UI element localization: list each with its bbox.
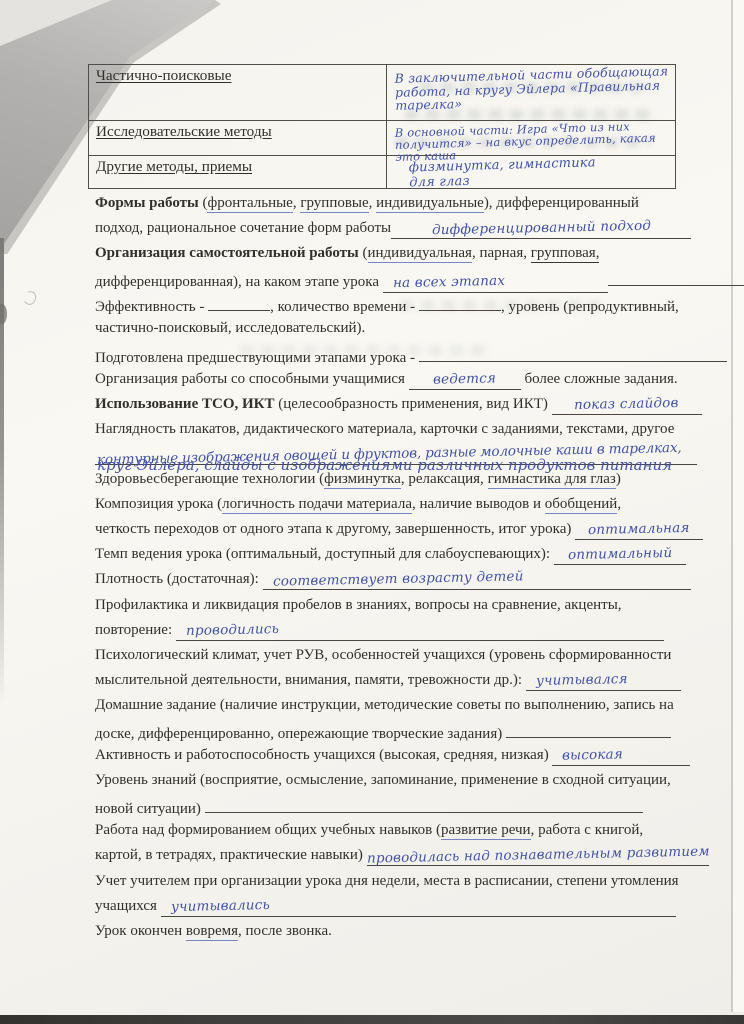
blank-fill-line <box>608 266 744 286</box>
printed-text: Использование ТСО, ИКТ <box>95 396 275 412</box>
form-line: Композиция урока (логичность подачи мате… <box>95 492 720 517</box>
handwritten-entry: дифференцированный подход <box>391 219 691 239</box>
handwritten-entry: ведется <box>409 370 521 390</box>
form-line: Работа над формированием общих учебных н… <box>95 818 720 843</box>
blank-fill-line <box>419 291 501 311</box>
printed-text: фронтальные <box>207 195 292 213</box>
printed-text: Профилактика и ликвидация пробелов в зна… <box>95 597 622 613</box>
handwritten-entry: соответствует возрасту детей <box>263 570 691 590</box>
method-value-cell: В заключительной части обобщающая работа… <box>387 65 675 120</box>
handwritten-text: на всех этапах <box>393 272 505 293</box>
printed-text: развитие речи <box>441 822 531 840</box>
printed-text: Активность и работоспособность учащихся … <box>95 747 552 763</box>
printed-text: Психологический климат, учет РУВ, особен… <box>95 647 671 663</box>
form-line: Подготовлена предшествующими этапами уро… <box>95 342 720 367</box>
handwritten-text: проводились <box>186 620 279 641</box>
methods-table: Частично-поисковыеВ заключительной части… <box>88 64 676 189</box>
handwritten-text: дифференцированный подход <box>431 217 650 241</box>
printed-text: Организация самостоятельной работы <box>95 245 359 261</box>
bottom-scan-edge <box>0 1015 744 1024</box>
method-label: Частично-поисковые <box>89 65 387 120</box>
handwritten-entry: показ слайдов <box>552 395 702 415</box>
printed-text: четкость переходов от одного этапа к дру… <box>95 521 575 537</box>
method-value-cell: В основной части: Игра «Что из них получ… <box>387 121 675 155</box>
printed-text: Урок окончен <box>95 923 186 939</box>
table-row: Другие методы, приемыфизминутка, гимнаст… <box>89 155 675 188</box>
form-line: доске, дифференцированно, опережающие тв… <box>95 718 720 743</box>
form-line: Профилактика и ликвидация пробелов в зна… <box>95 593 720 618</box>
printed-text: Уровень знаний (восприятие, осмысление, … <box>95 772 671 788</box>
handwritten-entry: учитывались <box>161 897 676 917</box>
printed-text: картой, в тетрадях, практические навыки) <box>95 847 367 863</box>
handwritten-text: учитывались <box>170 896 269 917</box>
handwritten-text: оптимальный <box>567 544 672 565</box>
form-line: новой ситуации) <box>95 793 720 818</box>
form-line: Использование ТСО, ИКТ (целесообразность… <box>95 392 720 417</box>
table-row: Исследовательские методыВ основной части… <box>89 120 675 155</box>
printed-text: Домашние задание (наличие инструкции, ме… <box>95 697 674 713</box>
printed-text: групповая, <box>531 245 600 263</box>
printed-text: групповые <box>300 195 368 213</box>
form-line: мыслительной деятельности, внимания, пам… <box>95 668 720 693</box>
form-line: Организация работы со способными учащими… <box>95 367 720 392</box>
table-row: Частично-поисковыеВ заключительной части… <box>89 65 675 120</box>
printed-text: дифференцированная), на каком этапе урок… <box>95 274 383 290</box>
blank-fill-line <box>205 793 643 813</box>
printed-text: Эффективность - <box>95 299 208 315</box>
printed-text: ), дифференцированный <box>484 195 639 211</box>
printed-text: Формы работы <box>95 195 199 211</box>
form-body: Формы работы (фронтальные, групповые, ин… <box>95 191 720 944</box>
handwritten-text: проводилась над познавательным развитием <box>366 843 709 869</box>
printed-text: более сложные задания. <box>521 371 678 387</box>
handwritten-entry: учитывался <box>526 671 681 691</box>
handwritten-text: круг Эйлера, слайды с изображениями разл… <box>97 456 672 474</box>
form-line: Формы работы (фронтальные, групповые, ин… <box>95 191 720 216</box>
form-line: повторение: проводились <box>95 618 720 643</box>
handwritten-entry: высокая <box>552 746 690 766</box>
printed-text: Учет учителем при организации урока дня … <box>95 873 679 889</box>
form-line: Психологический климат, учет РУВ, особен… <box>95 643 720 668</box>
form-line: подход, рациональное сочетание форм рабо… <box>95 216 720 241</box>
handwritten-text: показ слайдов <box>574 394 679 415</box>
method-value-cell: физминутка, гимнастика для глаз <box>387 156 675 188</box>
printed-text: новой ситуации) <box>95 801 205 817</box>
form-line: Урок окончен вовремя, после звонка. <box>95 919 720 944</box>
printed-text: , <box>617 496 621 512</box>
printed-text: Организация работы со способными учащими… <box>95 371 409 387</box>
handwritten-entry: проводилась над познавательным развитием <box>367 846 710 866</box>
printed-text: частично-поисковый, исследовательский). <box>95 320 365 336</box>
handwritten-text: учитывался <box>536 670 628 691</box>
form-line: Наглядность плакатов, дидактического мат… <box>95 417 720 442</box>
handwritten-text: соответствует возрасту детей <box>272 568 523 592</box>
printed-text: Плотность (достаточная): <box>95 571 263 587</box>
scanned-lesson-analysis-page: { "colors": { "pen_blue": "#4152ab", "pr… <box>0 0 744 1024</box>
blank-fill-line <box>208 291 270 311</box>
printed-text: подход, рациональное сочетание форм рабо… <box>95 220 391 236</box>
form-line: частично-поисковый, исследовательский). <box>95 316 720 341</box>
printed-text: повторение: <box>95 622 176 638</box>
printed-text: ( <box>359 245 368 261</box>
printed-text: (целесообразность применения, вид ИКТ) <box>275 396 552 412</box>
method-label: Исследовательские методы <box>89 121 387 155</box>
form-line: Активность и работоспособность учащихся … <box>95 743 720 768</box>
handwritten-entry: проводились <box>176 621 664 641</box>
printed-text: , парная, <box>472 245 531 261</box>
handwritten-text: высокая <box>562 745 623 765</box>
printed-text: Темп ведения урока (оптимальный, доступн… <box>95 546 554 562</box>
printed-text: Подготовлена предшествующими этапами уро… <box>95 350 419 366</box>
printed-text: учащихся <box>95 898 161 914</box>
printed-text: вовремя <box>186 923 238 941</box>
printed-text: мыслительной деятельности, внимания, пам… <box>95 672 526 688</box>
printed-text: индивидуальные <box>376 195 484 213</box>
right-paper-edge <box>733 0 744 1012</box>
printed-text: , после звонка. <box>238 923 332 939</box>
form-line: Домашние задание (наличие инструкции, ме… <box>95 693 720 718</box>
handwritten-text: оптимальная <box>588 519 690 540</box>
handwritten-entry: оптимальный <box>554 545 686 565</box>
printed-text: , наличие выводов и <box>412 496 545 512</box>
form-line: Эффективность - , количество времени - ,… <box>95 291 720 316</box>
form-line: четкость переходов от одного этапа к дру… <box>95 517 720 542</box>
handwritten-entry: оптимальная <box>575 520 703 540</box>
printed-text: , уровень (репродуктивный, <box>501 299 679 315</box>
printed-text: обобщений <box>545 496 618 514</box>
blank-fill-line <box>419 342 727 362</box>
form-line: Темп ведения урока (оптимальный, доступн… <box>95 542 720 567</box>
form-line: картой, в тетрадях, практические навыки)… <box>95 843 720 868</box>
printed-text: , работа с книгой, <box>531 822 644 838</box>
form-line: Плотность (достаточная): соответствует в… <box>95 567 720 592</box>
handwritten-text: ведется <box>433 369 496 389</box>
form-line: Уровень знаний (восприятие, осмысление, … <box>95 768 720 793</box>
form-line: учащихся учитывались <box>95 894 720 919</box>
blank-fill-line <box>506 718 671 738</box>
printed-text: Наглядность плакатов, дидактического мат… <box>95 421 674 437</box>
printed-text: Композиция урока ( <box>95 496 222 512</box>
form-line: Учет учителем при организации урока дня … <box>95 869 720 894</box>
form-line: дифференцированная), на каком этапе урок… <box>95 266 720 291</box>
printed-text: индивидуальная <box>368 245 472 263</box>
handwritten-method-value: В заключительной части обобщающая работа… <box>394 64 673 112</box>
printed-text: Работа над формированием общих учебных н… <box>95 822 441 838</box>
printed-text: доске, дифференцированно, опережающие тв… <box>95 726 506 742</box>
form-line: Организация самостоятельной работы (инди… <box>95 241 720 266</box>
method-label: Другие методы, приемы <box>89 156 387 188</box>
printed-text: , количество времени - <box>270 299 419 315</box>
handwritten-entry: на всех этапах <box>383 273 608 293</box>
handwritten-method-value: физминутка, гимнастика для глаз <box>395 153 674 191</box>
printed-text: логичность подачи материала <box>222 496 412 514</box>
